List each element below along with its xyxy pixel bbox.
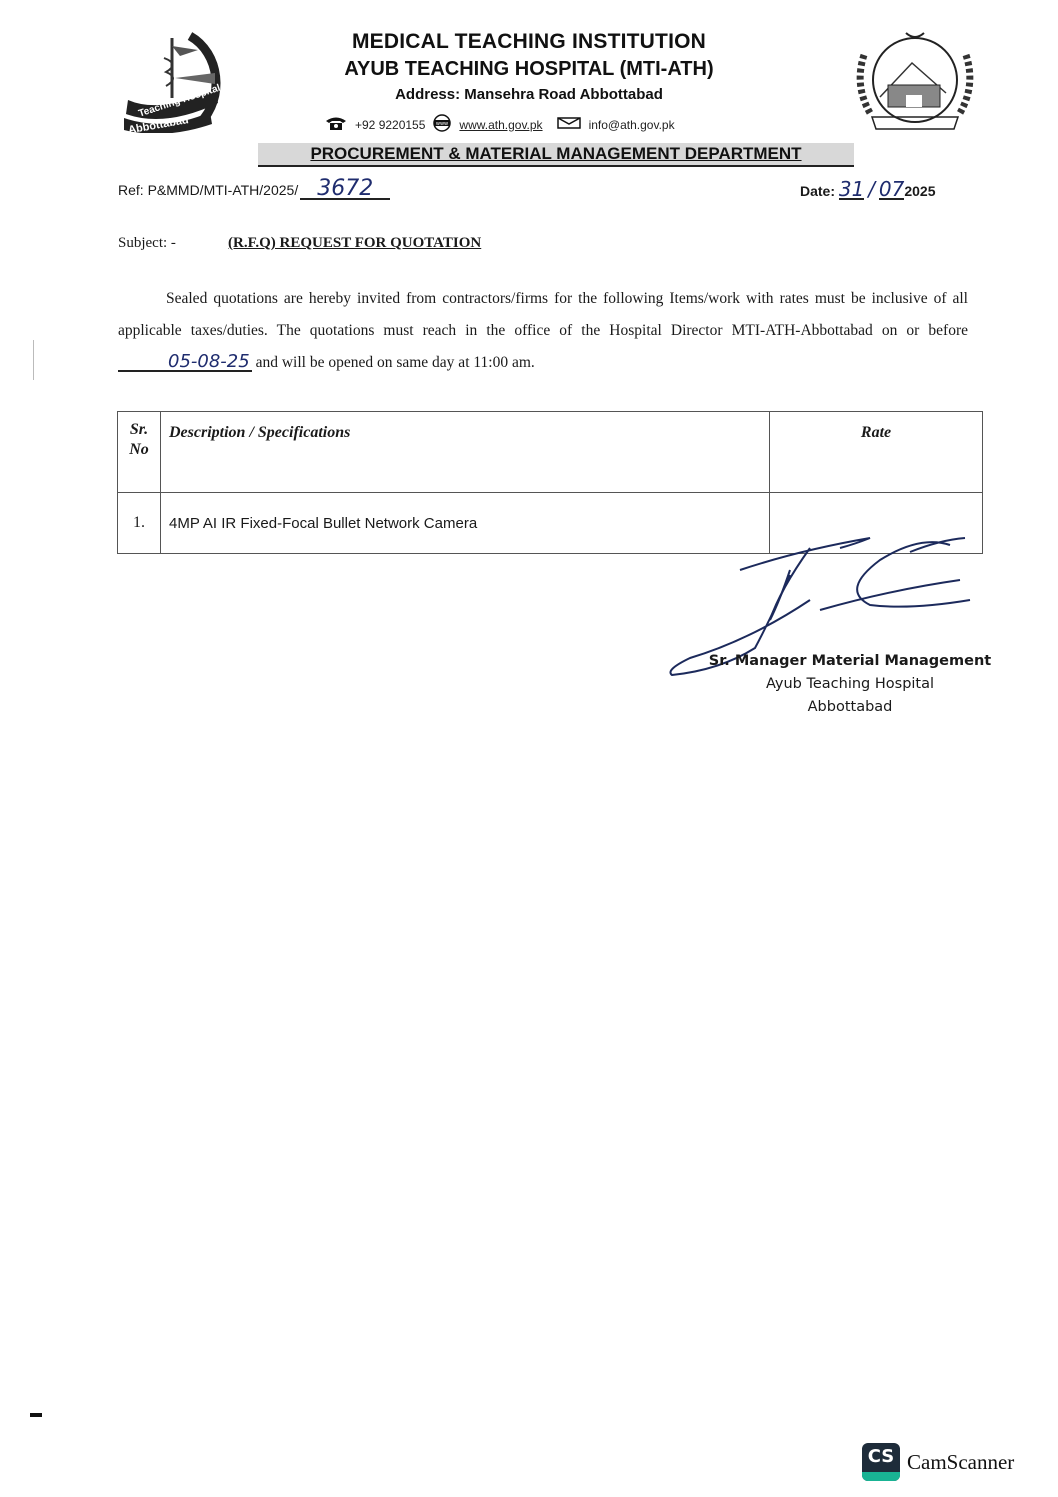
email-link[interactable]: info@ath.gov.pk xyxy=(589,118,675,132)
date-line: Date: 31 / 072025 xyxy=(800,180,936,200)
telephone-icon xyxy=(325,116,347,133)
scan-edge-mark xyxy=(33,340,34,380)
department-title: PROCUREMENT & MATERIAL MANAGEMENT DEPART… xyxy=(310,144,801,163)
address: Address: Mansehra Road Abbottabad xyxy=(0,86,1058,103)
camscanner-watermark: CamScanner xyxy=(907,1450,1014,1475)
globe-www-icon: www xyxy=(433,114,451,135)
date-year: 2025 xyxy=(904,183,935,199)
subject-line: Subject: -(R.F.Q) REQUEST FOR QUOTATION xyxy=(118,235,481,252)
header-description: Description / Specifications xyxy=(161,412,770,493)
body-text-1: Sealed quotations are hereby invited fro… xyxy=(118,290,968,339)
body-text-2: and will be opened on same day at 11:00 … xyxy=(252,354,535,371)
website-link[interactable]: www.ath.gov.pk xyxy=(459,118,542,132)
header-rate: Rate xyxy=(770,412,983,493)
signature-block: Sr. Manager Material Management Ayub Tea… xyxy=(700,650,1000,719)
header-sr-no: Sr. No xyxy=(118,412,161,493)
contact-line: +92 9220155 www www.ath.gov.pk info@ath.… xyxy=(325,114,675,135)
reference-number: 3672 xyxy=(300,180,390,200)
subject-value: (R.F.Q) REQUEST FOR QUOTATION xyxy=(228,235,481,251)
signatory-city: Abbottabad xyxy=(700,696,1000,719)
reference-line: Ref: P&MMD/MTI-ATH/2025/3672 xyxy=(118,180,390,200)
department-banner: PROCUREMENT & MATERIAL MANAGEMENT DEPART… xyxy=(258,143,854,167)
camscanner-badge-text: CS xyxy=(862,1446,900,1467)
camscanner-accent-bar xyxy=(862,1472,900,1481)
row-sr-no: 1. xyxy=(118,493,161,554)
hospital-title: AYUB TEACHING HOSPITAL (MTI-ATH) xyxy=(0,58,1058,81)
date-separator: / xyxy=(868,180,875,198)
date-day: 31 xyxy=(839,180,864,200)
deadline-date: 05-08-25 xyxy=(118,354,252,372)
table-header-row: Sr. No Description / Specifications Rate xyxy=(118,412,983,493)
date-month: 07 xyxy=(879,180,904,200)
envelope-icon xyxy=(557,117,581,132)
body-paragraph: Sealed quotations are hereby invited fro… xyxy=(118,283,968,379)
signatory-org: Ayub Teaching Hospital xyxy=(700,673,1000,696)
camscanner-logo-icon: CS xyxy=(862,1443,900,1481)
institution-title: MEDICAL TEACHING INSTITUTION xyxy=(0,30,1058,54)
subject-label: Subject: - xyxy=(118,235,228,252)
date-label: Date: xyxy=(800,183,835,199)
scan-mark xyxy=(30,1413,42,1417)
signatory-role: Sr. Manager Material Management xyxy=(700,650,1000,673)
reference-label: Ref: P&MMD/MTI-ATH/2025/ xyxy=(118,182,298,198)
svg-text:www: www xyxy=(436,121,448,127)
phone-number: +92 9220155 xyxy=(355,118,425,132)
